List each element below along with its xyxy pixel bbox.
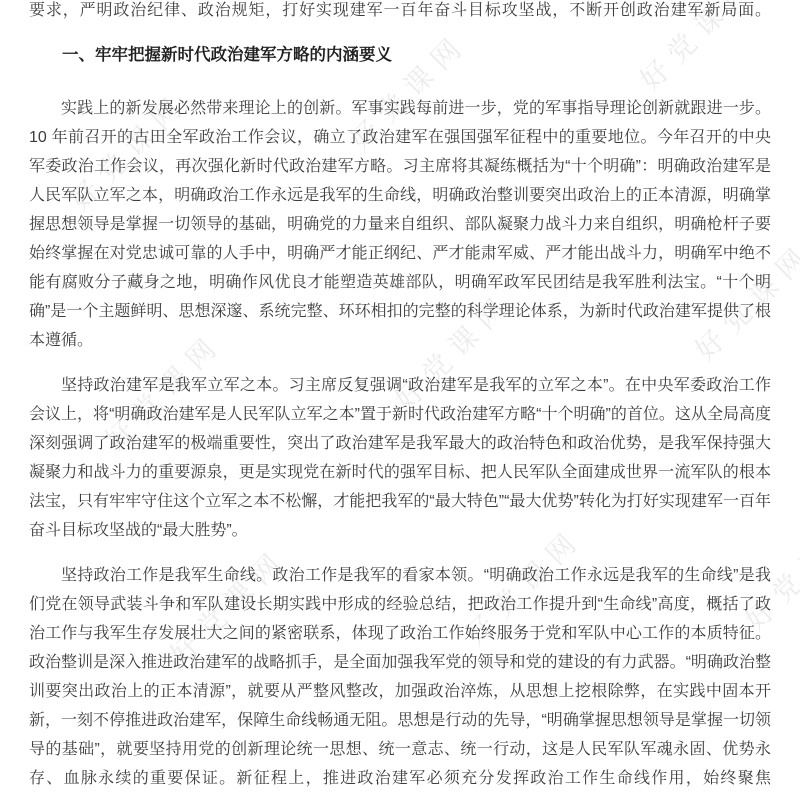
leading-paragraph-line: 要求，严明政治纪律、政治规矩，打好实现建军一百年奋斗目标攻坚战，不断开创政治建军… — [29, 0, 771, 25]
section-heading: 一、牢牢把握新时代政治建军方略的内涵要义 — [29, 41, 771, 70]
paragraph-army-foundation: 坚持政治建军是我军立军之本。习主席反复强调“政治建军是我军的立军之本”。在中央军… — [29, 371, 771, 545]
document-content: 要求，严明政治纪律、政治规矩，打好实现建军一百年奋斗目标攻坚战，不断开创政治建军… — [0, 0, 800, 793]
paragraph-intent-overview: 实践上的新发展必然带来理论上的创新。军事实践每前进一步，党的军事指导理论创新就跟… — [29, 94, 771, 355]
document-page: 好党课网好党课网好党课网好党课网好党课网好党课网好党课网好党课网好党课网 要求，… — [0, 0, 800, 800]
paragraph-political-work-lifeline: 坚持政治工作是我军生命线。政治工作是我军的看家本领。“明确政治工作永远是我军的生… — [29, 561, 771, 793]
